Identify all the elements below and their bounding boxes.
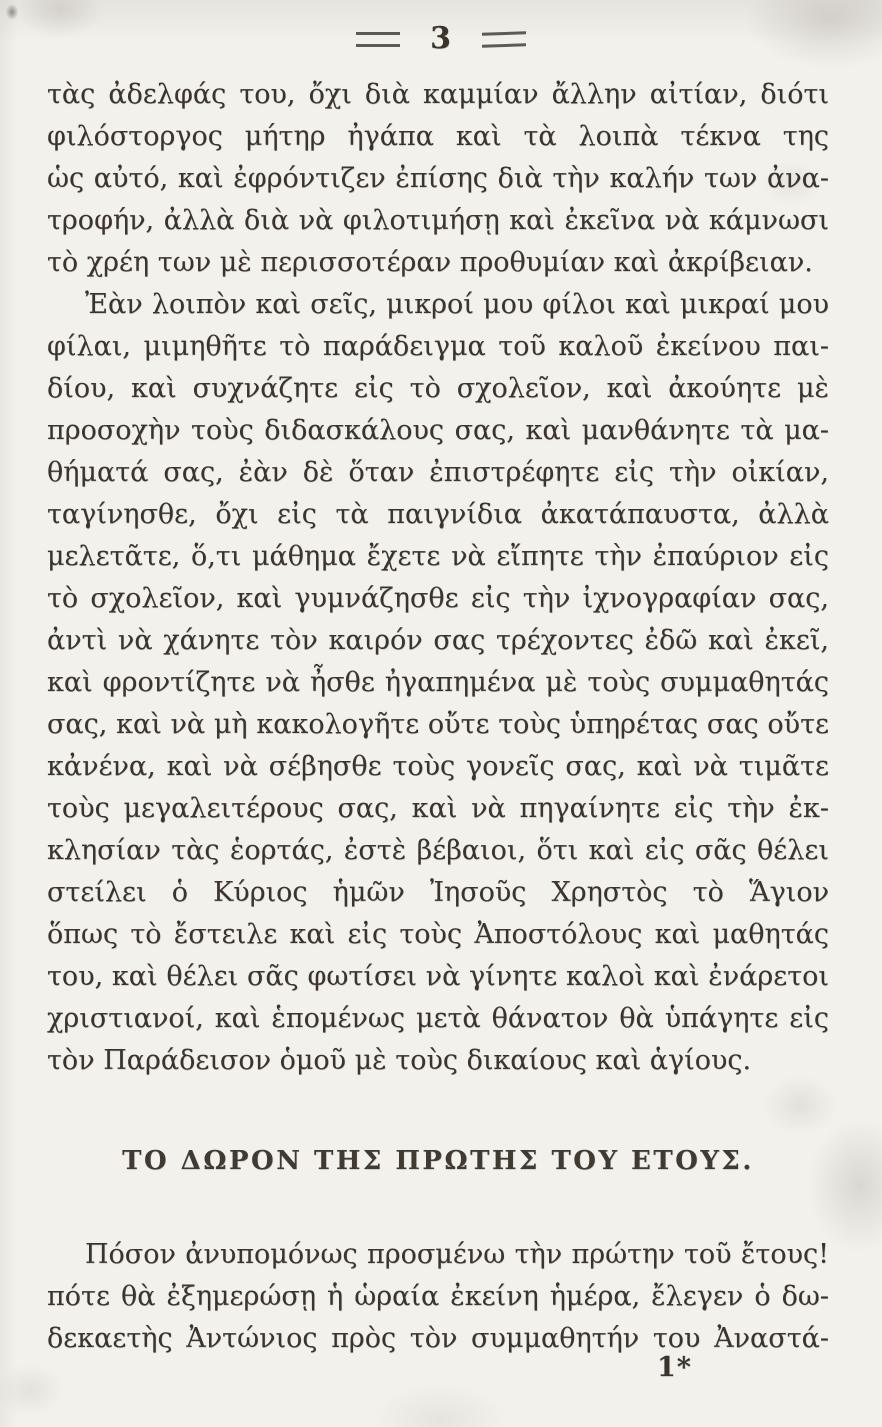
text-line: στείλει ὁ Κύριος ἡμῶν Ἰησοῦς Χρηστὸς τὸ … — [47, 872, 829, 914]
text-line: του, καὶ θέλει σᾶς φωτίσει νὰ γίνητε καλ… — [47, 956, 829, 998]
text-line: σας, καὶ νὰ μὴ κακολογῆτε οὔτε τοὺς ὑπηρ… — [47, 704, 829, 746]
text-line: δίου, καὶ συχνάζητε εἰς τὸ σχολεῖον, καὶ… — [47, 368, 829, 410]
text-line: κἀνένα, καὶ νὰ σέβησθε τοὺς γονεῖς σας, … — [47, 746, 829, 788]
text-line: φίλαι, μιμηθῆτε τὸ παράδειγμα τοῦ καλοῦ … — [47, 326, 829, 368]
text-line: μελετᾶτε, ὅ,τι μάθημα ἔχετε νὰ εἴπητε τὴ… — [47, 536, 829, 578]
running-head: 3 — [0, 24, 882, 54]
text-line: καὶ φροντίζητε νὰ ἦσθε ἠγαπημένα μὲ τοὺς… — [47, 662, 829, 704]
text-line: τὰς ἀδελφάς του, ὄχι διὰ καμμίαν ἄλλην α… — [47, 74, 829, 116]
text-line: ἀντὶ νὰ χάνητε τὸν καιρόν σας τρέχοντες … — [47, 620, 829, 662]
double-rule-ornament-left — [356, 32, 400, 47]
text-line: τὸν Παράδεισον ὁμοῦ μὲ τοὺς δικαίους καὶ… — [47, 1040, 829, 1082]
text-line: ὅπως τὸ ἔστειλε καὶ εἰς τοὺς Ἀποστόλους … — [47, 914, 829, 956]
text-line: ὡς αὐτό, καὶ ἐφρόντιζεν ἐπίσης διὰ τὴν κ… — [47, 158, 829, 200]
text-line: τὸ χρέη των μὲ περισσοτέραν προθυμίαν κα… — [47, 242, 829, 284]
text-line: πότε θὰ ἐξημερώσῃ ἡ ὡραία ἐκείνη ἡμέρα, … — [47, 1276, 829, 1318]
paragraph-2: Ἐὰν λοιπὸν καὶ σεῖς, μικροί μου φίλοι κα… — [47, 284, 829, 1082]
text-line: χριστιανοί, καὶ ἑπομένως μετὰ θάνατον θὰ… — [47, 998, 829, 1040]
text-line: δεκαετὴς Ἀντώνιος πρὸς τὸν συμμαθητήν το… — [47, 1318, 829, 1360]
double-rule-ornament-right — [482, 31, 526, 48]
text-line: τὸ σχολεῖον, καὶ γυμνάζησθε εἰς τὴν ἰχνο… — [47, 578, 829, 620]
text-line: προσοχὴν τοὺς διδασκάλους σας, καὶ μανθά… — [47, 410, 829, 452]
book-page-scan: 3 τὰς ἀδελφάς του, ὄχι διὰ καμμίαν ἄλλην… — [0, 0, 882, 1427]
text-line: τροφήν, ἀλλὰ διὰ νὰ φιλοτιμήσῃ καὶ ἐκεῖν… — [47, 200, 829, 242]
text-line: ταγίνησθε, ὄχι εἰς τὰ παιγνίδια ἀκατάπαυ… — [47, 494, 829, 536]
text-line: κλησίαν τὰς ἑορτάς, ἐστὲ βέβαιοι, ὅτι κα… — [47, 830, 829, 872]
paragraph-1: τὰς ἀδελφάς του, ὄχι διὰ καμμίαν ἄλλην α… — [47, 74, 829, 284]
text-block: τὰς ἀδελφάς του, ὄχι διὰ καμμίαν ἄλλην α… — [47, 74, 829, 1360]
section-heading: ΤΟ ΔΩΡΟΝ ΤΗΣ ΠΡΩΤΗΣ ΤΟΥ ΕΤΟΥΣ. — [47, 1140, 829, 1182]
signature-mark: 1* — [657, 1352, 692, 1383]
paragraph-3: Πόσον ἀνυπομόνως προσμένω τὴν πρώτην τοῦ… — [47, 1234, 829, 1360]
text-line: Πόσον ἀνυπομόνως προσμένω τὴν πρώτην τοῦ… — [47, 1234, 829, 1276]
text-line: τοὺς μεγαλειτέρους σας, καὶ νὰ πηγαίνητε… — [47, 788, 829, 830]
text-line: Ἐὰν λοιπὸν καὶ σεῖς, μικροί μου φίλοι κα… — [47, 284, 829, 326]
text-line: θήματά σας, ἐὰν δὲ ὅταν ἐπιστρέφητε εἰς … — [47, 452, 829, 494]
page-number: 3 — [430, 24, 452, 54]
text-line: φιλόστοργος μήτηρ ἠγάπα καὶ τὰ λοιπὰ τέκ… — [47, 116, 829, 158]
